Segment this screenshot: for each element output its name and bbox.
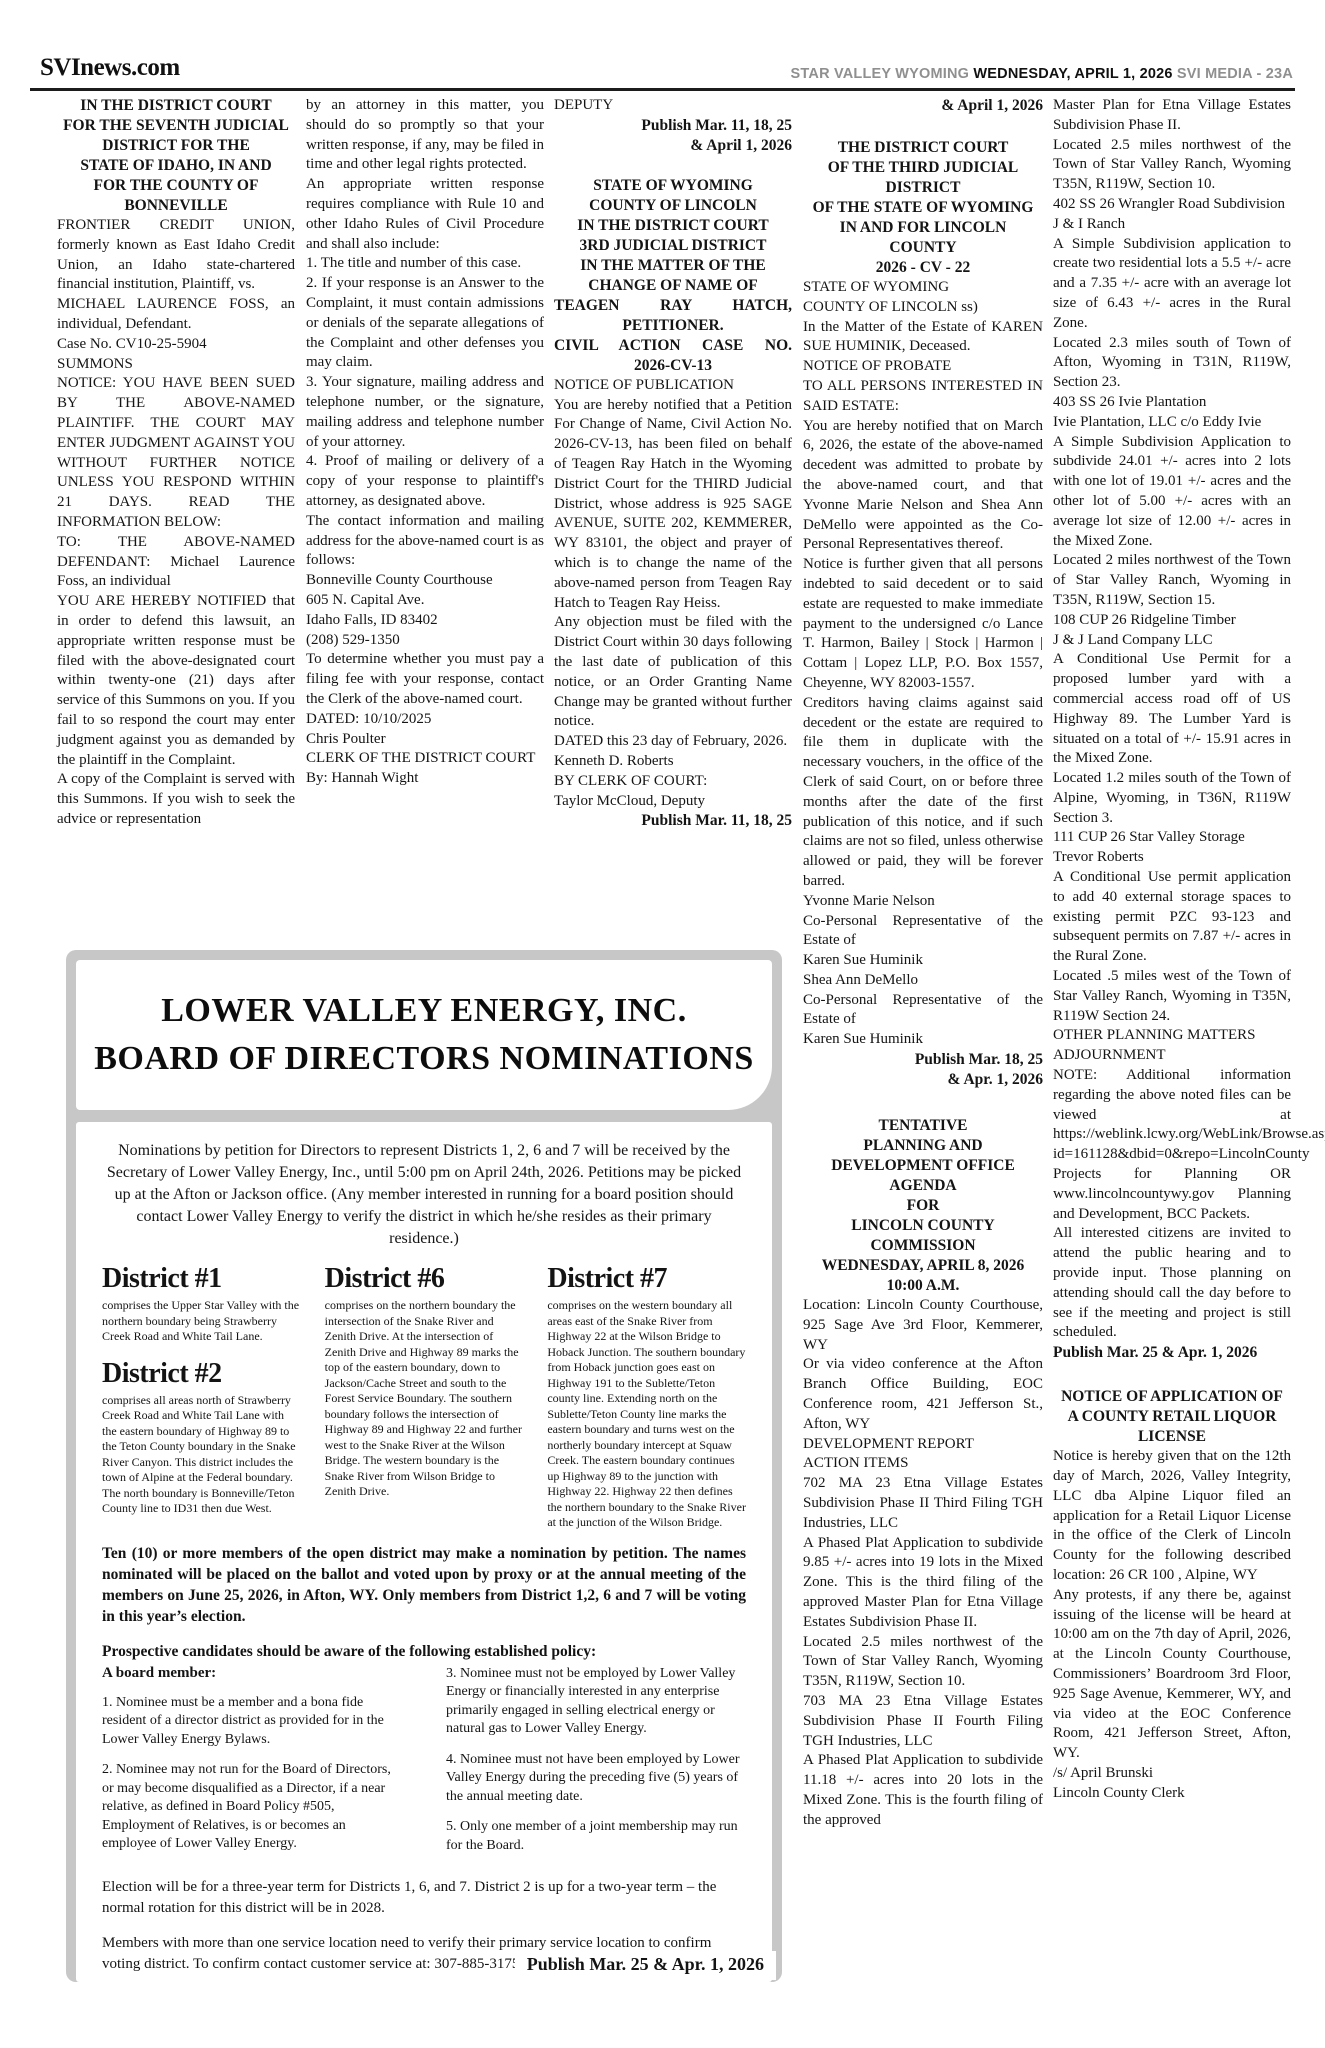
notice-heading-line: OF THE STATE OF WYOMING: [803, 198, 1043, 218]
notice-line: /s/ April Brunski: [1053, 1764, 1291, 1784]
legal-column-2: by an attorney in this matter, you shoul…: [306, 96, 544, 789]
notice-heading-line: DISTRICT: [803, 178, 1043, 198]
header-rule: [30, 88, 1295, 91]
notice-line: Shea Ann DeMello: [803, 971, 1043, 991]
notice-paragraph: TO: THE ABOVE-NAMED DEFENDANT: Michael L…: [57, 533, 295, 592]
header-location: STAR VALLEY WYOMING: [791, 66, 974, 82]
policy-items-left: 1. Nominee must be a member and a bona f…: [102, 1694, 402, 1854]
ad-title-box: LOWER VALLEY ENERGY, INC. BOARD OF DIREC…: [76, 960, 772, 1110]
notice-paragraph: Master Plan for Etna Village Estates Sub…: [1053, 96, 1291, 136]
notice-paragraph: NOTICE: YOU HAVE BEEN SUED BY THE ABOVE-…: [57, 374, 295, 532]
notice-heading-line: PETITIONER.: [554, 316, 792, 336]
notice-heading-line: IN THE MATTER OF THE: [554, 256, 792, 276]
district-heading: District #6: [325, 1264, 524, 1294]
ad-title-line2: BOARD OF DIRECTORS NOMINATIONS: [94, 1040, 754, 1078]
notice-paragraph: In the Matter of the Estate of KAREN SUE…: [803, 318, 1043, 358]
board-member-label: A board member:: [102, 1665, 402, 1682]
site-name: SVInews.com: [40, 54, 180, 82]
notice-paragraph: CLERK OF THE DISTRICT COURT: [306, 749, 544, 769]
notice-paragraph: Co-Personal Representative of the Estate…: [803, 912, 1043, 952]
notice-heading-line: FOR: [803, 1196, 1043, 1216]
notice-paragraph: Located 2 miles northwest of the Town of…: [1053, 551, 1291, 610]
notice-heading-line: 2026 - CV - 22: [803, 258, 1043, 278]
policy-item: 1. Nominee must be a member and a bona f…: [102, 1694, 402, 1750]
notice-heading-line: BONNEVILLE: [57, 196, 295, 216]
district-column-2: District #6comprises on the northern bou…: [325, 1260, 524, 1531]
legal-column-5: Master Plan for Etna Village Estates Sub…: [1053, 96, 1291, 1804]
notice-paragraph: A Phased Plat Application to subdivide 1…: [803, 1751, 1043, 1830]
notice-paragraph: Any protests, if any there be, against i…: [1053, 1586, 1291, 1764]
notice-paragraph: You are hereby notified that a Petition …: [554, 396, 792, 614]
notice-line: By: Hannah Wight: [306, 769, 544, 789]
notice-line: COUNTY OF LINCOLN ss): [803, 298, 1043, 318]
district-description: comprises on the northern boundary the i…: [325, 1298, 524, 1500]
notice-line: J & I Ranch: [1053, 215, 1291, 235]
notice-heading-line: OF THE THIRD JUDICIAL: [803, 158, 1043, 178]
policy-items-right: 3. Nominee must not be employed by Lower…: [446, 1665, 746, 1856]
policy-item: 3. Nominee must not be employed by Lower…: [446, 1665, 746, 1739]
ad-intro-paragraph: Nominations by petition for Directors to…: [104, 1140, 744, 1250]
notice-paragraph: 702 MA 23 Etna Village Estates Subdivisi…: [803, 1474, 1043, 1533]
notice-line: 108 CUP 26 Ridgeline Timber: [1053, 611, 1291, 631]
notice-heading-line: IN THE DISTRICT COURT: [554, 216, 792, 236]
ad-title-line1: LOWER VALLEY ENERGY, INC.: [161, 992, 686, 1030]
notice-paragraph: Located .5 miles west of the Town of Sta…: [1053, 967, 1291, 1026]
notice-heading-line: THE DISTRICT COURT: [803, 138, 1043, 158]
notice-heading-line: TENTATIVE: [803, 1116, 1043, 1136]
notice-line: Kenneth D. Roberts: [554, 752, 792, 772]
district-heading: District #2: [102, 1359, 301, 1389]
notice-line: Lincoln County Clerk: [1053, 1784, 1291, 1804]
header-media-page: SVI MEDIA - 23A: [1173, 66, 1293, 82]
notice-line: Yvonne Marie Nelson: [803, 892, 1043, 912]
notice-line: Trevor Roberts: [1053, 848, 1291, 868]
notice-heading-line: IN THE DISTRICT COURT: [57, 96, 295, 116]
notice-heading-line: IN AND FOR LINCOLN: [803, 218, 1043, 238]
notice-heading-line: COMMISSION: [803, 1236, 1043, 1256]
notice-paragraph: FRONTIER CREDIT UNION, formerly known as…: [57, 216, 295, 295]
notice-line: J & J Land Company LLC: [1053, 631, 1291, 651]
notice-heading-line: WEDNESDAY, APRIL 8, 2026: [803, 1256, 1043, 1276]
notice-heading-line: A COUNTY RETAIL LIQUOR: [1053, 1407, 1291, 1427]
header-date: WEDNESDAY, APRIL 1, 2026: [973, 66, 1172, 82]
notice-paragraph: Creditors having claims against said dec…: [803, 694, 1043, 892]
lower-valley-energy-ad: LOWER VALLEY ENERGY, INC. BOARD OF DIREC…: [66, 950, 782, 1982]
notice-line: Chris Poulter: [306, 730, 544, 750]
notice-paragraph: Located 1.2 miles south of the Town of A…: [1053, 769, 1291, 828]
column-spacer: [554, 156, 792, 176]
notice-heading-line: 10:00 A.M.: [803, 1276, 1043, 1296]
notice-paragraph: Located 2.5 miles northwest of the Town …: [803, 1633, 1043, 1692]
policy-column-right: 3. Nominee must not be employed by Lower…: [446, 1665, 746, 1868]
notice-line: NOTICE OF PROBATE: [803, 357, 1043, 377]
notice-paragraph: A Conditional Use permit application to …: [1053, 868, 1291, 967]
district-description: comprises all areas north of Strawberry …: [102, 1393, 301, 1517]
notice-paragraph: Notice is hereby given that on the 12th …: [1053, 1447, 1291, 1586]
district-heading: District #7: [547, 1264, 746, 1294]
notice-line: DEVELOPMENT REPORT: [803, 1435, 1043, 1455]
district-column-3: District #7comprises on the western boun…: [547, 1260, 746, 1531]
notice-paragraph: The contact information and mailing addr…: [306, 512, 544, 571]
notice-line: 403 SS 26 Ivie Plantation: [1053, 393, 1291, 413]
district-description: comprises on the western boundary all ar…: [547, 1298, 746, 1531]
notice-heading-line: CIVIL ACTION CASE NO.: [554, 336, 792, 356]
notice-paragraph: You are hereby notified that on March 6,…: [803, 417, 1043, 556]
notice-paragraph: A Simple Subdivision application to crea…: [1053, 235, 1291, 334]
column-spacer: [1053, 1363, 1291, 1387]
notice-paragraph: Or via video conference at the Afton Bra…: [803, 1355, 1043, 1434]
newspaper-page: SVInews.com STAR VALLEY WYOMING WEDNESDA…: [0, 0, 1325, 2048]
notice-line: ACTION ITEMS: [803, 1454, 1043, 1474]
notice-heading-line: TEAGEN RAY HATCH,: [554, 296, 792, 316]
notice-heading-line: CHANGE OF NAME OF: [554, 276, 792, 296]
notice-heading-line: 3RD JUDICIAL DISTRICT: [554, 236, 792, 256]
publish-line: Publish Mar. 11, 18, 25: [554, 811, 792, 831]
notice-paragraph: MICHAEL LAURENCE FOSS, an individual, De…: [57, 295, 295, 335]
notice-heading-line: STATE OF IDAHO, IN AND: [57, 156, 295, 176]
notice-paragraph: 703 MA 23 Etna Village Estates Subdivisi…: [803, 1692, 1043, 1751]
notice-paragraph: Location: Lincoln County Courthouse, 925…: [803, 1296, 1043, 1355]
notice-heading-line: 2026-CV-13: [554, 356, 792, 376]
notice-paragraph: 4. Proof of mailing or delivery of a cop…: [306, 452, 544, 511]
notice-line: DEPUTY: [554, 96, 792, 116]
notice-line: Case No. CV10-25-5904: [57, 335, 295, 355]
notice-paragraph: by an attorney in this matter, you shoul…: [306, 96, 544, 175]
legal-column-3: DEPUTYPublish Mar. 11, 18, 25& April 1, …: [554, 96, 792, 831]
notice-line: (208) 529-1350: [306, 631, 544, 651]
notice-heading-line: DISTRICT FOR THE: [57, 136, 295, 156]
notice-paragraph: A Phased Plat Application to subdivide 9…: [803, 1534, 1043, 1633]
notice-paragraph: Notice is further given that all persons…: [803, 555, 1043, 694]
notice-heading-line: STATE OF WYOMING: [554, 176, 792, 196]
notice-line: 111 CUP 26 Star Valley Storage: [1053, 828, 1291, 848]
notice-line: Taylor McCloud, Deputy: [554, 792, 792, 812]
notice-heading-line: COUNTY: [803, 238, 1043, 258]
publish-line: Publish Mar. 18, 25: [803, 1050, 1043, 1070]
notice-paragraph: 3. Your signature, mailing address and t…: [306, 373, 544, 452]
notice-line: ADJOURNMENT: [1053, 1046, 1291, 1066]
publish-line: Publish Mar. 11, 18, 25: [554, 116, 792, 136]
legal-column-4: & April 1, 2026THE DISTRICT COURTOF THE …: [803, 96, 1043, 1831]
district-column-1: District #1comprises the Upper Star Vall…: [102, 1260, 301, 1531]
notice-paragraph: A Conditional Use Permit for a proposed …: [1053, 650, 1291, 769]
notice-paragraph: 2. If your response is an Answer to the …: [306, 274, 544, 373]
column-spacer: [803, 116, 1043, 138]
publish-line: Publish Mar. 25 & Apr. 1, 2026: [1053, 1343, 1291, 1363]
notice-paragraph: YOU ARE HEREBY NOTIFIED that in order to…: [57, 592, 295, 770]
notice-line: DATED: 10/10/2025: [306, 710, 544, 730]
publish-line: & April 1, 2026: [554, 136, 792, 156]
notice-paragraph: An appropriate written response requires…: [306, 175, 544, 254]
notice-line: Idaho Falls, ID 83402: [306, 611, 544, 631]
notice-heading-line: FOR THE SEVENTH JUDICIAL: [57, 116, 295, 136]
notice-heading-line: FOR THE COUNTY OF: [57, 176, 295, 196]
notice-paragraph: 402 SS 26 Wrangler Road Subdivision: [1053, 195, 1291, 215]
notice-heading-line: DEVELOPMENT OFFICE: [803, 1156, 1043, 1176]
policy-item: 5. Only one member of a joint membership…: [446, 1818, 746, 1855]
notice-paragraph: TO ALL PERSONS INTERESTED IN SAID ESTATE…: [803, 377, 1043, 417]
notice-paragraph: 1. The title and number of this case.: [306, 254, 544, 274]
notice-line: 605 N. Capital Ave.: [306, 591, 544, 611]
notice-heading-line: COUNTY OF LINCOLN: [554, 196, 792, 216]
notice-paragraph: DATED this 23 day of February, 2026.: [554, 732, 792, 752]
notice-line: STATE OF WYOMING: [803, 278, 1043, 298]
notice-heading-line: AGENDA: [803, 1176, 1043, 1196]
notice-paragraph: All interested citizens are invited to a…: [1053, 1224, 1291, 1343]
publish-line: & Apr. 1, 2026: [803, 1070, 1043, 1090]
policy-item: 4. Nominee must not have been employed b…: [446, 1751, 746, 1807]
notice-paragraph: A Simple Subdivision Application to subd…: [1053, 433, 1291, 552]
notice-paragraph: Located 2.5 miles northwest of the Town …: [1053, 136, 1291, 195]
ad-publish-line: Publish Mar. 25 & Apr. 1, 2026: [515, 1951, 776, 1980]
notice-line: BY CLERK OF COURT:: [554, 772, 792, 792]
notice-line: Karen Sue Huminik: [803, 1030, 1043, 1050]
notice-heading-line: NOTICE OF APPLICATION OF: [1053, 1387, 1291, 1407]
notice-paragraph: Any objection must be filed with the Dis…: [554, 613, 792, 732]
notice-paragraph: A copy of the Complaint is served with t…: [57, 770, 295, 829]
district-heading: District #1: [102, 1264, 301, 1294]
notice-heading-line: LINCOLN COUNTY: [803, 1216, 1043, 1236]
notice-line: Karen Sue Huminik: [803, 951, 1043, 971]
notice-paragraph: To determine whether you must pay a fili…: [306, 650, 544, 709]
column-spacer: [803, 1090, 1043, 1116]
notice-heading-line: LICENSE: [1053, 1427, 1291, 1447]
notice-paragraph: NOTE: Additional information regarding t…: [1053, 1066, 1291, 1165]
publish-line: & April 1, 2026: [803, 96, 1043, 116]
ad-policy-intro: Prospective candidates should be aware o…: [102, 1643, 746, 1661]
legal-column-1: IN THE DISTRICT COURTFOR THE SEVENTH JUD…: [57, 96, 295, 830]
ad-body: Nominations by petition for Directors to…: [76, 1122, 772, 1982]
notice-heading-line: PLANNING AND: [803, 1136, 1043, 1156]
header-dateline: STAR VALLEY WYOMING WEDNESDAY, APRIL 1, …: [791, 66, 1293, 82]
notice-paragraph: Located 2.3 miles south of Town of Afton…: [1053, 334, 1291, 393]
notice-line: NOTICE OF PUBLICATION: [554, 376, 792, 396]
page-header: SVInews.com STAR VALLEY WYOMING WEDNESDA…: [40, 40, 1293, 82]
notice-line: Bonneville County Courthouse: [306, 571, 544, 591]
notice-paragraph: Projects for Planning OR www.lincolncoun…: [1053, 1165, 1291, 1224]
notice-line: SUMMONS: [57, 355, 295, 375]
notice-line: OTHER PLANNING MATTERS: [1053, 1026, 1291, 1046]
ad-nomination-paragraph: Ten (10) or more members of the open dis…: [102, 1543, 746, 1627]
ad-election-paragraph: Election will be for a three-year term f…: [102, 1877, 746, 1919]
notice-line: Ivie Plantation, LLC c/o Eddy Ivie: [1053, 413, 1291, 433]
ad-district-columns: District #1comprises the Upper Star Vall…: [102, 1260, 746, 1531]
district-description: comprises the Upper Star Valley with the…: [102, 1298, 301, 1345]
policy-item: 2. Nominee may not run for the Board of …: [102, 1761, 402, 1854]
ad-policy-columns: A board member: 1. Nominee must be a mem…: [102, 1665, 746, 1868]
notice-paragraph: Co-Personal Representative of the Estate…: [803, 991, 1043, 1031]
policy-column-left: A board member: 1. Nominee must be a mem…: [102, 1665, 402, 1868]
